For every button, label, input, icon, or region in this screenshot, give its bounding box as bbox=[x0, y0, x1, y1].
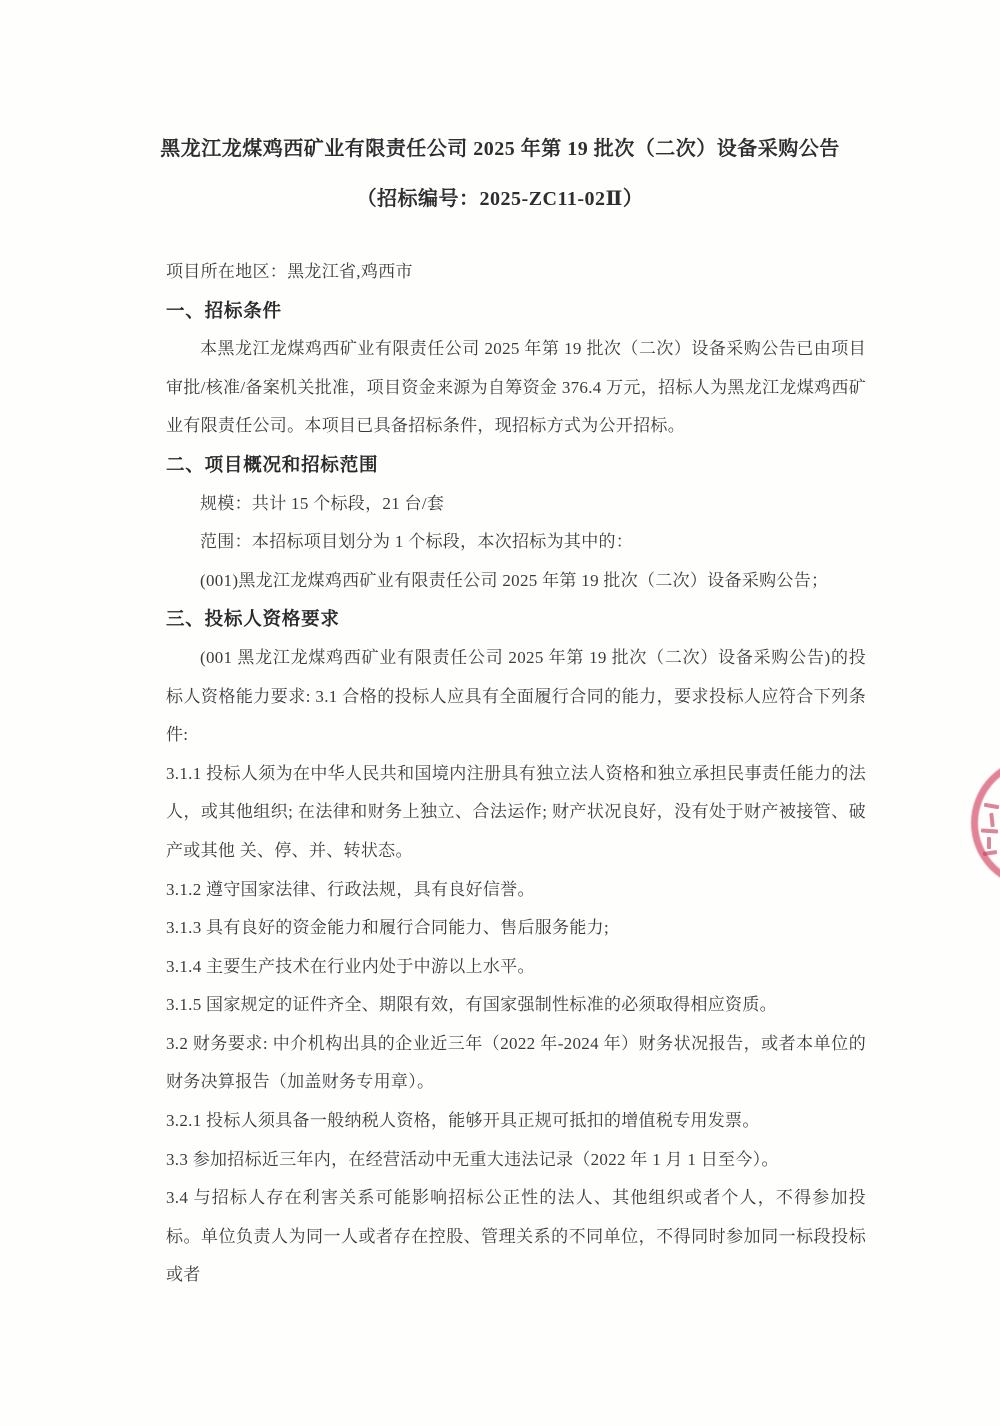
document-body: 项目所在地区：黑龙江省,鸡西市 一、招标条件 本黑龙江龙煤鸡西矿业有限责任公司 … bbox=[166, 253, 866, 1295]
qualification-intro-paragraph: (001 黑龙江龙煤鸡西矿业有限责任公司 2025 年第 19 批次（二次）设备… bbox=[166, 639, 866, 755]
clause-3-2-1: 3.2.1 投标人须具备一般纳税人资格，能够开具正规可抵扣的增值税专用发票。 bbox=[166, 1102, 866, 1141]
lot-001-line: (001)黑龙江龙煤鸡西矿业有限责任公司 2025 年第 19 批次（二次）设备… bbox=[166, 562, 866, 601]
section-3-heading: 三、投标人资格要求 bbox=[166, 600, 866, 639]
red-seal-stamp bbox=[971, 757, 1000, 889]
clause-3-4: 3.4 与招标人存在利害关系可能影响招标公正性的法人、其他组织或者个人，不得参加… bbox=[166, 1179, 866, 1295]
document-page: 黑龙江龙煤鸡西矿业有限责任公司 2025 年第 19 批次（二次）设备采购公告 … bbox=[0, 0, 1000, 1426]
scale-line: 规模：共计 15 个标段，21 台/套 bbox=[166, 485, 866, 524]
clause-3-1-2: 3.1.2 遵守国家法律、行政法规，具有良好信誉。 bbox=[166, 871, 866, 910]
clause-3-1-3: 3.1.3 具有良好的资金能力和履行合同能力、售后服务能力; bbox=[166, 909, 866, 948]
section-1-paragraph: 本黑龙江龙煤鸡西矿业有限责任公司 2025 年第 19 批次（二次）设备采购公告… bbox=[166, 330, 866, 446]
tender-number: （招标编号：2025-ZC11-02Ⅱ） bbox=[150, 186, 850, 212]
scope-line: 范围：本招标项目划分为 1 个标段，本次招标为其中的： bbox=[166, 523, 866, 562]
stamp-glyph-stroke bbox=[987, 837, 991, 849]
project-location: 项目所在地区：黑龙江省,鸡西市 bbox=[166, 253, 866, 292]
clause-3-2: 3.2 财务要求: 中介机构出具的企业近三年（2022 年-2024 年）财务状… bbox=[166, 1025, 866, 1102]
clause-3-1-4: 3.1.4 主要生产技术在行业内处于中游以上水平。 bbox=[166, 948, 866, 987]
stamp-ring-icon bbox=[971, 757, 1000, 889]
section-2-heading: 二、项目概况和招标范围 bbox=[166, 446, 866, 485]
document-title: 黑龙江龙煤鸡西矿业有限责任公司 2025 年第 19 批次（二次）设备采购公告 bbox=[150, 136, 850, 162]
document-header: 黑龙江龙煤鸡西矿业有限责任公司 2025 年第 19 批次（二次）设备采购公告 … bbox=[150, 136, 850, 212]
clause-3-3: 3.3 参加招标近三年内，在经营活动中无重大违法记录（2022 年 1 月 1 … bbox=[166, 1141, 866, 1180]
section-1-heading: 一、招标条件 bbox=[166, 292, 866, 331]
clause-3-1-5: 3.1.5 国家规定的证件齐全、期限有效，有国家强制性标准的必须取得相应资质。 bbox=[166, 986, 866, 1025]
clause-3-1-1: 3.1.1 投标人须为在中华人民共和国境内注册具有独立法人资格和独立承担民事责任… bbox=[166, 755, 866, 871]
